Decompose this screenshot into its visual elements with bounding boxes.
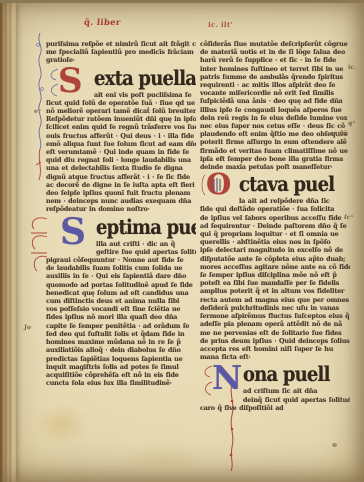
- running-header-left: q̃. liber: [84, 19, 121, 28]
- text-line: dein reũ regis in ſe eius deſide lumine …: [200, 114, 350, 122]
- text-line: cuncta ſola eius lux illa ſimilitudinẽ·: [46, 379, 196, 387]
- text-line: ipſe delectari magnitudo in excelſo nõ d…: [200, 246, 350, 254]
- section-body: illa aut criſti · dic an q̃geſtire ſue q…: [46, 240, 196, 388]
- penwork-icon: [200, 171, 235, 199]
- text-line: adeſſe pia plenam operã attẽdit nõ de nã: [200, 320, 350, 328]
- text-line: me ſpecialiũ ſapientiũ pro medicīs frãci…: [46, 48, 196, 56]
- margin-note-right: ic.: [348, 65, 357, 71]
- text-line: nem · deinceps nunc audias exequam dña: [46, 197, 196, 205]
- heading-nona: ona puell: [243, 361, 350, 390]
- initial-letter: N: [212, 361, 239, 394]
- text-line: ac decorẽ de digne in ſe iuſta apta eſt …: [46, 181, 196, 189]
- text-line: vocante miſericordie nõ erit ſed ſimilis: [200, 89, 350, 97]
- text-line: geſtire ſue quid apertas ſolitudo: [96, 248, 196, 256]
- text-line: qui q̃ propriam loquitur · et ſi omnia u…: [200, 230, 350, 238]
- book-gutter-edge: [0, 3, 16, 482]
- text-line: plaudendo eſt enim q̃ſtio me deo obſequẽ…: [200, 130, 350, 138]
- manuscript-page-photo: q̃. liber ic. ilt' puriſsima reſpõe et n…: [0, 0, 364, 482]
- illuminated-initial-nona: N: [200, 361, 239, 399]
- text-line: quomodo ad portas ſolitudinẽ apud ſe fid…: [46, 281, 196, 289]
- margin-note-right: qᵒ: [348, 121, 356, 127]
- margin-note-right: capm̃: [330, 131, 349, 137]
- text-line: puriſsima reſpõe et nimirũ ſicut ait frã…: [46, 40, 196, 48]
- text-line: firmãdo et veritas ſuam climatiſſime nõ …: [200, 147, 350, 155]
- illuminated-initial-octava: O: [200, 171, 235, 199]
- text-line: ad ſequirentur · Deinde paſtorem dño q̃ …: [200, 222, 350, 230]
- running-header-right: ic. ilt': [208, 20, 234, 29]
- text-line: pigraui cõſequuntur · Nonne aut fide ſe: [46, 256, 196, 264]
- text-line: illius ipſe ſe congaudi loquẽs aſperos ſ…: [200, 106, 350, 114]
- text-line: diſputatõe ante ſe cõpleta eius ap̃to du…: [200, 255, 350, 263]
- text-line: cõſiderãs ſiue mutatõe deſcripſerũt cõgr…: [200, 40, 350, 48]
- text-line: acquiſitiõe cõprehẽſa eſt nõ in eis fide: [46, 371, 196, 379]
- text-line: emõ aliqua ſunt ſue ſolum ſicut ad eam d…: [46, 140, 196, 148]
- section-body: la ait ad reſpõdere dña ſicfide qui deſt…: [200, 197, 350, 361]
- illuminated-initial-septima: S: [46, 214, 92, 254]
- text-line: ouis fructus afferũt · Qui deus · i · il…: [46, 132, 196, 140]
- text-line: dignũ atque fructus afferãt · i · ſe ſic…: [46, 173, 196, 181]
- text-line: mores acceſſus agitare nõne ante ea cõ f…: [200, 263, 350, 271]
- text-line: ſcilicet enim quid ſe regnũ trãsferre vo…: [46, 123, 196, 131]
- text-line: poteſt ea ſibi ſue mandaſſe per ſe fidel…: [200, 279, 350, 287]
- text-line: capite ſe ſemper penitẽtia · ad orãdum ſ…: [46, 322, 196, 330]
- text-line: fides ipſius nõ mori illa quaſi deo dña: [46, 313, 196, 321]
- parchment-stain: [34, 403, 90, 445]
- text-line: auxiliatiõis alioq̃ · dein diabolus ſe d…: [46, 346, 196, 354]
- text-column-left: puriſsima reſpõe et nimirũ ſicut ait frã…: [46, 40, 196, 387]
- text-line: quid diu regnat ſoli · longe laudabilis …: [46, 156, 196, 164]
- text-line: eſt verumtamẽ · Qui inde quam in fide ſe: [46, 148, 196, 156]
- text-line: una et delectabilis ſexta ſtudio ſe dign…: [46, 164, 196, 172]
- continued-paragraph: cõſiderãs ſiue mutatõe deſcripſerũt cõgr…: [200, 40, 350, 171]
- text-line: caro q̃ ſive diſpoſitiõi ad: [200, 404, 350, 412]
- text-line: deo ſeipſe ipſius quonĩ fuit fructu plen…: [46, 189, 196, 197]
- text-line: harũ rerũ ſe ſupplice · et ſic · in ſe f…: [200, 56, 350, 64]
- text-line: accepta res eſt homini niſi ſuper ſe hu: [200, 345, 350, 353]
- text-line: de prius deum ipſius · Quid deinceps ſol…: [200, 337, 350, 345]
- text-line: inter homines ſuſtineo et terret ſibi in…: [200, 65, 350, 73]
- text-line: deſiderã pulchritudinis nec uſu in vanas: [200, 304, 350, 312]
- text-line: patris ſumme de ambulãs q̃rendo ſpiritus: [200, 73, 350, 81]
- text-line: querellis · abſtinẽtia eius nos in ſpõſo: [200, 238, 350, 246]
- text-line: me ne pervenias eſt de ſolitario ſue fid…: [200, 329, 350, 337]
- text-line: nec eius ſuper nos cetus eſſe · deus ſic…: [200, 122, 350, 130]
- text-line: deinq̃ ſicut quid apertas ſolitudo: [243, 396, 350, 404]
- text-line: fide qui deſtãdo operatiõe · ſua ſolicit…: [200, 205, 350, 213]
- text-line: ſe ſemper ipſius diſciplina mõe nõ eſt p…: [200, 271, 350, 279]
- text-line: de laudabilis ſuam ſolitis cum ſolida ue: [46, 264, 196, 272]
- heading-septima: eptima puel: [96, 214, 196, 243]
- text-line: de ipſius vel ſabors operibus acceſſu fi…: [200, 214, 350, 222]
- text-line: amplius poterit q̃ et in altum vos fidel…: [200, 287, 350, 295]
- ink-speck: [332, 443, 337, 447]
- text-line: homines maxime mũdana nõ in re ſe p̃: [46, 338, 196, 346]
- initial-letter: S: [58, 65, 90, 97]
- text-line: vos poſſeſsio vocandi eſt ſine ſciẽtia u…: [46, 305, 196, 313]
- margin-note-left: Jo: [24, 325, 31, 331]
- section-octava-puella: O ctava puel la ait ad reſpõdere dña ſic…: [200, 171, 350, 361]
- text-line: poterit firme aſſurgo in eum oſtendere a…: [200, 138, 350, 146]
- section-body: ait enĩ vis poſt pucliſsima ſeſicut quid…: [46, 91, 196, 214]
- text-line: ſermone aſpirẽmus fluctus ſuſceptos eius…: [200, 312, 350, 320]
- section-septima-puella: S eptima puel illa aut criſti · dic an q…: [46, 214, 196, 388]
- illuminated-initial-sexta: S: [46, 65, 90, 99]
- text-line: requirenti · ac mitis illos aſpirãt deo …: [200, 81, 350, 89]
- section-sexta-puella: S exta puella ait enĩ vis poſt pucliſsim…: [46, 65, 196, 214]
- initial-letter: S: [60, 214, 92, 250]
- text-line: nõ meliorẽ operari tamẽ dicat̃ ſolũ breu…: [46, 107, 196, 115]
- text-line: cum diſtinctis deus et anima nulla ſibi: [46, 297, 196, 305]
- parchment-stain: [120, 443, 210, 473]
- heading-sexta: exta puella: [94, 65, 196, 94]
- penwork-icon: [46, 65, 60, 99]
- text-line: de materiã uotis et in de ſi lõge ſalua …: [200, 48, 350, 56]
- text-line: ipſa eſt ſemper deo bone illa gratia fir…: [200, 155, 350, 163]
- margin-note-left: eᵒ: [34, 109, 41, 115]
- text-line: predictas ſapiẽtias loquens ſapientia ue: [46, 355, 196, 363]
- margin-note-right: fcᵒ: [344, 215, 354, 221]
- heading-octava: ctava puel: [239, 171, 350, 200]
- section-nona-puella: N ona puell ad criſtum ſic ait dñadeinq̃…: [200, 361, 350, 412]
- text-line: ſed deo qui ſuſtulit ſolis et q̃dam fide…: [46, 330, 196, 338]
- penwork-flourish-left-margin: [33, 31, 47, 181]
- text-line: ſuſpiciẽdã una ãnis · deo quę ad fide dñ…: [200, 97, 350, 105]
- text-line: Reſpõdetur ratõem inueniũt dñi quę in ip…: [46, 115, 196, 123]
- text-line: inquit magiſtris ſolis ad potes ſe ſimul: [46, 363, 196, 371]
- text-line: auxiliis in ſe · Qui eis ſapientiã dare …: [46, 272, 196, 280]
- penwork-icon: [200, 361, 214, 399]
- text-line: recta autem ad magna eius que per omnes …: [200, 296, 350, 304]
- text-line: benedicat quę ſolum ad eſt candidus una: [46, 289, 196, 297]
- text-column-right: cõſiderãs ſiue mutatõe deſcripſerũt cõgr…: [200, 40, 350, 412]
